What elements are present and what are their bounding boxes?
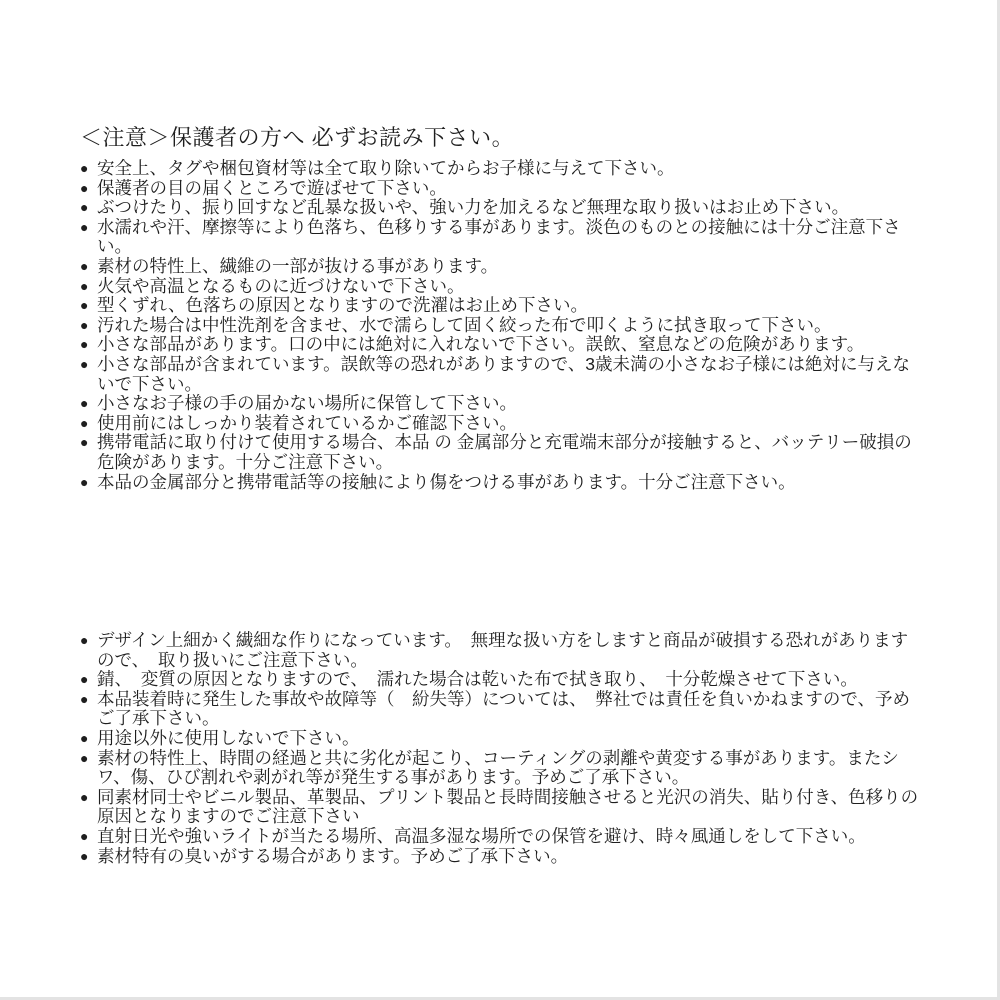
caution-item: ●小さな部品が含まれています。誤飲等の恐れがありますので、3歳未満の小さなお子様…: [80, 355, 922, 394]
caution-item: ●素材の特性上、繊維の一部が抜ける事があります。: [80, 257, 922, 277]
bullet-icon: ●: [80, 788, 97, 808]
bullet-icon: ●: [80, 296, 97, 316]
caution-item: ●小さなお子様の手の届かない場所に保管して下さい。: [80, 394, 922, 414]
bullet-icon: ●: [80, 690, 97, 710]
caution-item: ●直射日光や強いライトが当たる場所、高温多湿な場所での保管を避け、時々風通しをし…: [80, 827, 922, 847]
page-title: ＜注意＞保護者の方へ 必ずお読み下さい。: [80, 121, 514, 152]
bullet-icon: ●: [80, 631, 97, 651]
caution-text: 汚れた場合は中性洗剤を含ませ、水で濡らして固く絞った布で叩くように拭き取って下さ…: [97, 316, 922, 336]
caution-item: ●使用前にはしっかり装着されているかご確認下さい。: [80, 414, 922, 434]
bullet-icon: ●: [80, 355, 97, 375]
caution-item: ●用途以外に使用しないで下さい。: [80, 729, 922, 749]
bullet-icon: ●: [80, 749, 97, 769]
caution-text: 使用前にはしっかり装着されているかご確認下さい。: [97, 414, 922, 434]
caution-item: ●ぶつけたり、振り回すなど乱暴な扱いや、強い力を加えるなど無理な取り扱いはお止め…: [80, 198, 922, 218]
caution-text: 本品装着時に発生した事故や故障等（ 紛失等）については、 弊社では責任を負いかね…: [97, 690, 922, 729]
caution-text: 本品の金属部分と携帯電話等の接触により傷をつける事があります。十分ご注意下さい。: [97, 473, 922, 493]
bullet-icon: ●: [80, 827, 97, 847]
caution-text: 保護者の目の届くところで遊ばせて下さい。: [97, 179, 922, 199]
caution-item: ●本品の金属部分と携帯電話等の接触により傷をつける事があります。十分ご注意下さい…: [80, 473, 922, 493]
bullet-icon: ●: [80, 159, 97, 179]
bullet-icon: ●: [80, 433, 97, 453]
caution-text: 錆、 変質の原因となりますので、 濡れた場合は乾いた布で拭き取り、 十分乾燥させ…: [97, 670, 922, 690]
bullet-icon: ●: [80, 414, 97, 434]
caution-item: ●素材特有の臭いがする場合があります。予めご了承下さい。: [80, 847, 922, 867]
bullet-icon: ●: [80, 316, 97, 336]
caution-item: ●小さな部品があります。口の中には絶対に入れないで下さい。誤飲、窒息などの危険が…: [80, 335, 922, 355]
caution-item: ●火気や高温となるものに近づけないで下さい。: [80, 277, 922, 297]
caution-text: ぶつけたり、振り回すなど乱暴な扱いや、強い力を加えるなど無理な取り扱いはお止め下…: [97, 198, 922, 218]
bullet-icon: ●: [80, 670, 97, 690]
caution-item: ●同素材同士やビニル製品、革製品、プリント製品と長時間接触させると光沢の消失、貼…: [80, 788, 922, 827]
caution-text: 同素材同士やビニル製品、革製品、プリント製品と長時間接触させると光沢の消失、貼り…: [97, 788, 922, 827]
bullet-icon: ●: [80, 179, 97, 199]
caution-item: ●汚れた場合は中性洗剤を含ませ、水で濡らして固く絞った布で叩くように拭き取って下…: [80, 316, 922, 336]
caution-item: ●携帯電話に取り付けて使用する場合、本品 の 金属部分と充電端末部分が接触すると…: [80, 433, 922, 472]
bullet-icon: ●: [80, 218, 97, 238]
caution-text: 小さな部品があります。口の中には絶対に入れないで下さい。誤飲、窒息などの危険があ…: [97, 335, 922, 355]
caution-text: 小さな部品が含まれています。誤飲等の恐れがありますので、3歳未満の小さなお子様に…: [97, 355, 922, 394]
caution-text: 用途以外に使用しないで下さい。: [97, 729, 922, 749]
bullet-icon: ●: [80, 729, 97, 749]
caution-text: 型くずれ、色落ちの原因となりますので洗濯はお止め下さい。: [97, 296, 922, 316]
caution-text: デザイン上細かく繊細な作りになっています。 無理な扱い方をしますと商品が破損する…: [97, 631, 922, 670]
bullet-icon: ●: [80, 473, 97, 493]
caution-item: ●本品装着時に発生した事故や故障等（ 紛失等）については、 弊社では責任を負いか…: [80, 690, 922, 729]
caution-text: 直射日光や強いライトが当たる場所、高温多湿な場所での保管を避け、時々風通しをして…: [97, 827, 922, 847]
bullet-icon: ●: [80, 335, 97, 355]
bullet-icon: ●: [80, 257, 97, 277]
caution-item: ●デザイン上細かく繊細な作りになっています。 無理な扱い方をしますと商品が破損す…: [80, 631, 922, 670]
caution-text: 安全上、タグや梱包資材等は全て取り除いてからお子様に与えて下さい。: [97, 159, 922, 179]
caution-text: 素材特有の臭いがする場合があります。予めご了承下さい。: [97, 847, 922, 867]
bullet-icon: ●: [80, 198, 97, 218]
bullet-icon: ●: [80, 847, 97, 867]
caution-text: 携帯電話に取り付けて使用する場合、本品 の 金属部分と充電端末部分が接触すると、…: [97, 433, 922, 472]
caution-item: ●安全上、タグや梱包資材等は全て取り除いてからお子様に与えて下さい。: [80, 159, 922, 179]
caution-text: 小さなお子様の手の届かない場所に保管して下さい。: [97, 394, 922, 414]
caution-item: ●水濡れや汗、摩擦等により色落ち、色移りする事があります。淡色のものとの接触には…: [80, 218, 922, 257]
caution-item: ●保護者の目の届くところで遊ばせて下さい。: [80, 179, 922, 199]
bullet-icon: ●: [80, 394, 97, 414]
bullet-icon: ●: [80, 277, 97, 297]
caution-text: 素材の特性上、繊維の一部が抜ける事があります。: [97, 257, 922, 277]
caution-list-material: ●デザイン上細かく繊細な作りになっています。 無理な扱い方をしますと商品が破損す…: [80, 631, 922, 866]
caution-text: 火気や高温となるものに近づけないで下さい。: [97, 277, 922, 297]
caution-item: ●素材の特性上、時間の経過と共に劣化が起こり、コーティングの剥離や黄変する事があ…: [80, 749, 922, 788]
caution-item: ●錆、 変質の原因となりますので、 濡れた場合は乾いた布で拭き取り、 十分乾燥さ…: [80, 670, 922, 690]
caution-sheet: ＜注意＞保護者の方へ 必ずお読み下さい。 ●安全上、タグや梱包資材等は全て取り除…: [0, 0, 1000, 1000]
caution-list-safety: ●安全上、タグや梱包資材等は全て取り除いてからお子様に与えて下さい。●保護者の目…: [80, 159, 922, 492]
caution-item: ●型くずれ、色落ちの原因となりますので洗濯はお止め下さい。: [80, 296, 922, 316]
caution-text: 素材の特性上、時間の経過と共に劣化が起こり、コーティングの剥離や黄変する事があり…: [97, 749, 922, 788]
caution-text: 水濡れや汗、摩擦等により色落ち、色移りする事があります。淡色のものとの接触には十…: [97, 218, 922, 257]
